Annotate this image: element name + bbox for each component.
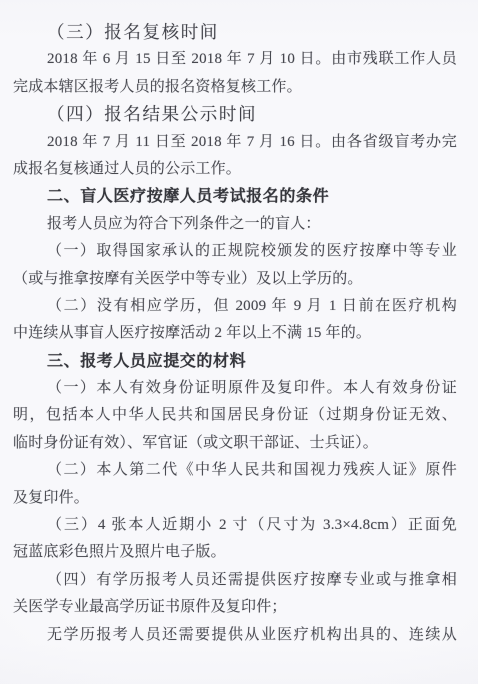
text-line: 临时身份证有效）、军官证（或文职干部证、士兵证）。 [13, 430, 457, 457]
text-line: 明，包括本人中华人民共和国居民身份证（过期身份证无效、 [13, 402, 457, 429]
text-line: 报考人员应为符合下列条件之一的盲人： [13, 211, 457, 238]
text-line: （二）本人第二代《中华人民共和国视力残疾人证》原件 [13, 457, 457, 484]
text-line: 无学历报考人员还需要提供从业医疗机构出具的、连续从 [13, 622, 457, 649]
document-body: （三）报名复核时间2018 年 6 月 15 日至 2018 年 7 月 10 … [13, 19, 457, 649]
sub-heading: （三）报名复核时间 [13, 19, 457, 46]
text-line: （四）有学历报考人员还需提供医疗按摩专业或与推拿相 [13, 567, 457, 594]
text-line: 2018 年 7 月 11 日至 2018 年 7 月 16 日。由各省级盲考办… [13, 129, 457, 156]
text-line: 2018 年 6 月 15 日至 2018 年 7 月 10 日。由市残联工作人… [13, 46, 457, 73]
text-line: （二）没有相应学历，但 2009 年 9 月 1 日前在医疗机构 [13, 293, 457, 320]
text-line: （三）4 张本人近期小 2 寸（尺寸为 3.3×4.8cm）正面免 [13, 512, 457, 539]
text-line: 中连续从事盲人医疗按摩活动 2 年以上不满 15 年的。 [13, 320, 457, 347]
text-line: 关医学专业最高学历证书原件及复印件； [13, 594, 457, 621]
scanned-document-page: （三）报名复核时间2018 年 6 月 15 日至 2018 年 7 月 10 … [0, 0, 478, 684]
sub-heading: （四）报名结果公示时间 [13, 101, 457, 128]
text-line: （或与推拿按摩有关医学中等专业）及以上学历的。 [13, 266, 457, 293]
text-line: （一）本人有效身份证明原件及复印件。本人有效身份证 [13, 375, 457, 402]
text-line: 冠蓝底彩色照片及照片电子版。 [13, 539, 457, 566]
text-line: （一）取得国家承认的正规院校颁发的医疗按摩中等专业 [13, 238, 457, 265]
text-line: 及复印件。 [13, 485, 457, 512]
text-line: 成报名复核通过人员的公示工作。 [13, 156, 457, 183]
section-heading: 三、报考人员应提交的材料 [13, 348, 457, 375]
text-line: 完成本辖区报考人员的报名资格复核工作。 [13, 74, 457, 101]
section-heading: 二、盲人医疗按摩人员考试报名的条件 [13, 183, 457, 210]
